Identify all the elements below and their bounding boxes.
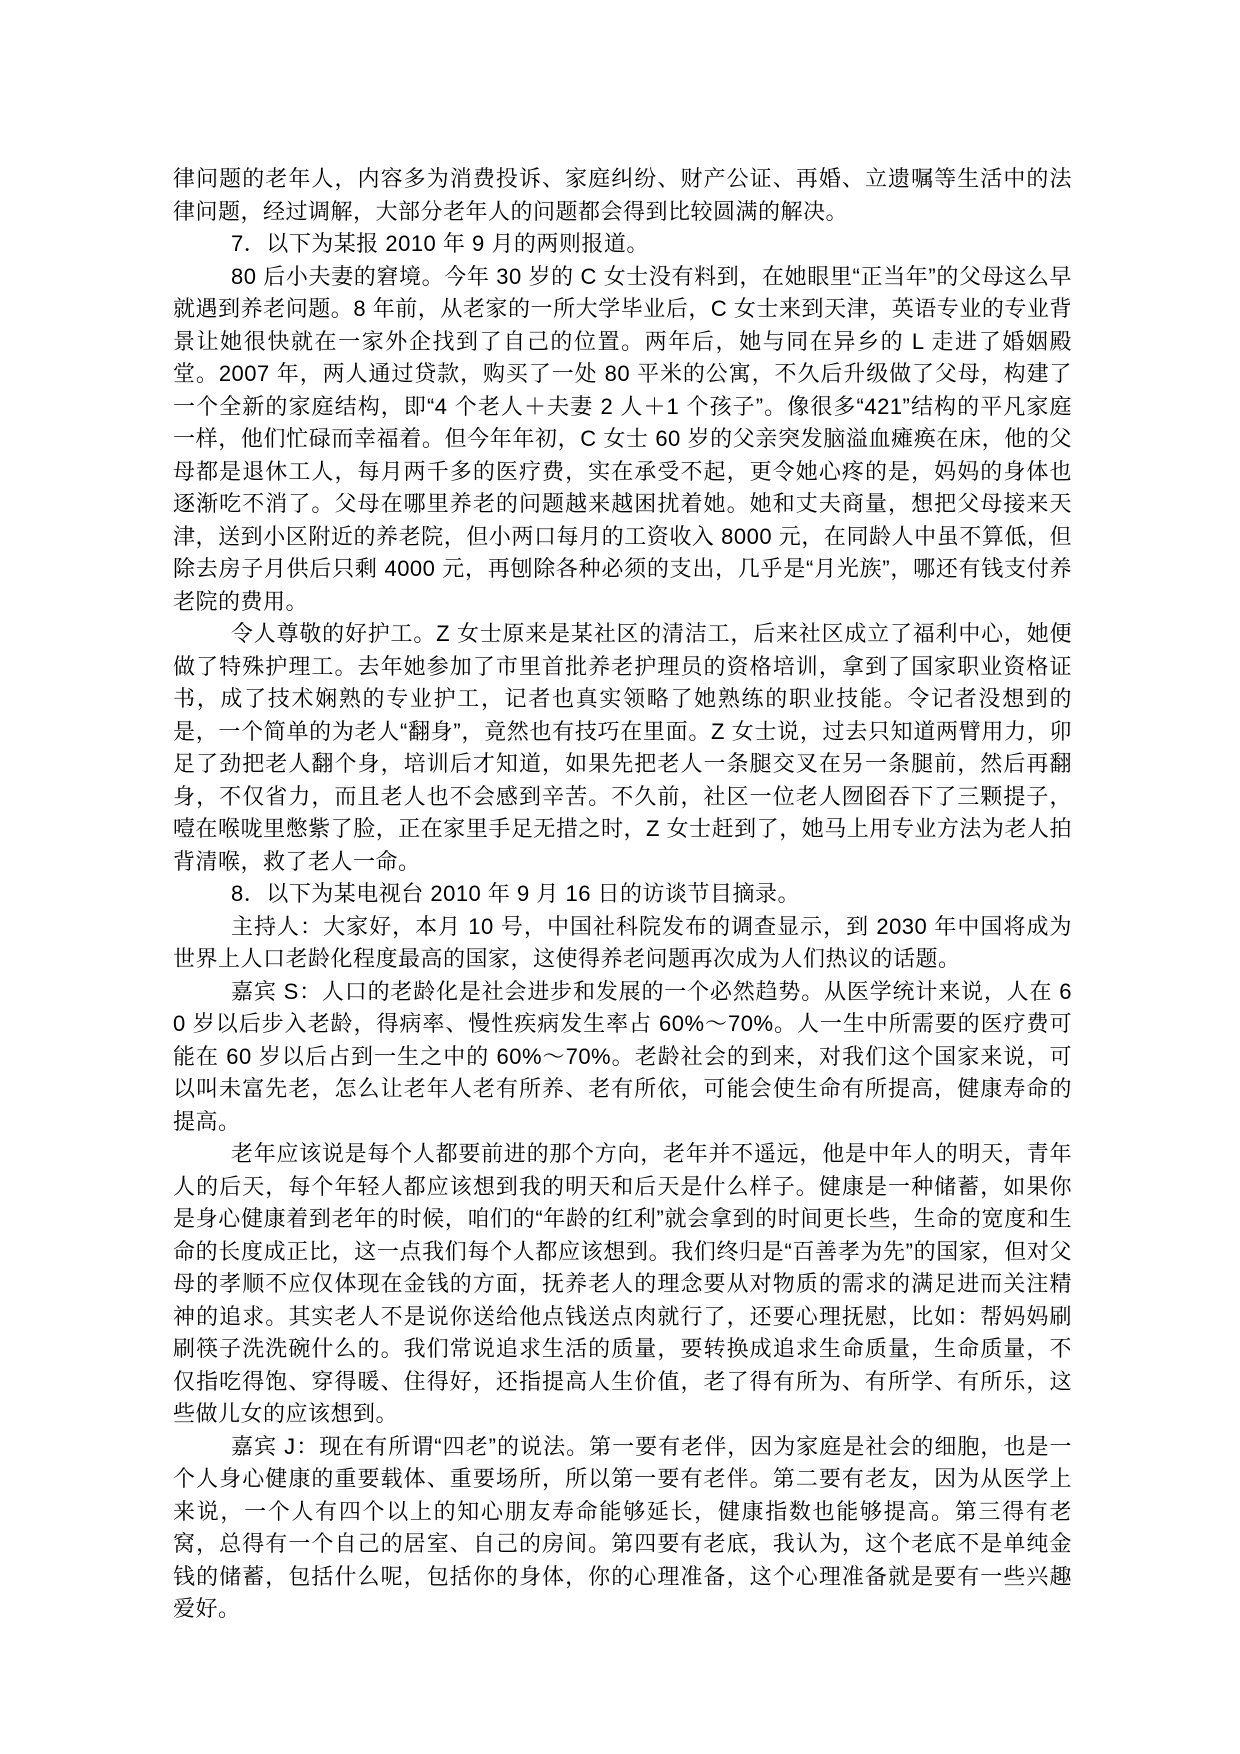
paragraph-report-2: 令人尊敬的好护工。Z 女士原来是某社区的清洁工，后来社区成立了福利中心，她便做了… [173, 618, 1072, 878]
paragraph-item-7: 7．以下为某报 2010 年 9 月的两则报道。 [173, 228, 1072, 261]
document-page: 律问题的老年人，内容多为消费投诉、家庭纠纷、财产公证、再婚、立遗嘱等生活中的法律… [0, 0, 1240, 1754]
document-body: 律问题的老年人，内容多为消费投诉、家庭纠纷、财产公证、再婚、立遗嘱等生活中的法律… [173, 163, 1072, 1626]
paragraph-continuation: 律问题的老年人，内容多为消费投诉、家庭纠纷、财产公证、再婚、立遗嘱等生活中的法律… [173, 163, 1072, 228]
paragraph-guest-s: 嘉宾 S：人口的老龄化是社会进步和发展的一个必然趋势。从医学统计来说，人在 60… [173, 976, 1072, 1139]
paragraph-guest-j: 嘉宾 J：现在有所谓“四老”的说法。第一要有老伴，因为家庭是社会的细胞，也是一个… [173, 1431, 1072, 1626]
paragraph-report-1: 80 后小夫妻的窘境。今年 30 岁的 C 女士没有料到，在她眼里“正当年”的父… [173, 261, 1072, 619]
paragraph-item-8: 8．以下为某电视台 2010 年 9 月 16 日的访谈节目摘录。 [173, 878, 1072, 911]
paragraph-host: 主持人：大家好，本月 10 号，中国社科院发布的调查显示，到 2030 年中国将… [173, 911, 1072, 976]
paragraph-guest-s-2: 老年应该说是每个人都要前进的那个方向，老年并不遥远，他是中年人的明天，青年人的后… [173, 1138, 1072, 1431]
